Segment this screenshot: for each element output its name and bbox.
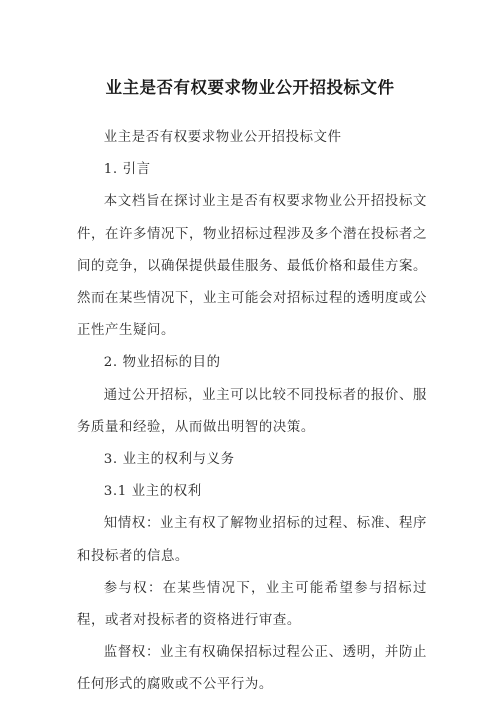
section-heading-owner-rights: 3.1 业主的权利 — [77, 476, 427, 508]
section-heading-purpose: 2. 物业招标的目的 — [77, 347, 427, 379]
section-heading-rights-obligations: 3. 业主的权利与义务 — [77, 444, 427, 476]
paragraph-right-to-participate: 参与权：在某些情况下，业主可能希望参与招标过程，或者对投标者的资格进行审查。 — [77, 573, 427, 637]
document-title: 业主是否有权要求物业公开招投标文件 — [0, 74, 500, 98]
paragraph-purpose: 通过公开招标，业主可以比较不同投标者的报价、服务质量和经验，从而做出明智的决策。 — [77, 380, 427, 444]
document-body: 业主是否有权要求物业公开招投标文件 1. 引言 本文档旨在探讨业主是否有权要求物… — [77, 122, 427, 702]
paragraph-right-to-know: 知情权：业主有权了解物业招标的过程、标准、程序和投标者的信息。 — [77, 508, 427, 572]
paragraph-right-to-supervise: 监督权：业主有权确保招标过程公正、透明，并防止任何形式的腐败或不公平行为。 — [77, 637, 427, 701]
document-page: 业主是否有权要求物业公开招投标文件 业主是否有权要求物业公开招投标文件 1. 引… — [0, 0, 500, 707]
section-heading-intro: 1. 引言 — [77, 154, 427, 186]
paragraph-intro: 本文档旨在探讨业主是否有权要求物业公开招投标文件，在许多情况下，物业招标过程涉及… — [77, 186, 427, 347]
document-subtitle: 业主是否有权要求物业公开招投标文件 — [77, 122, 427, 154]
